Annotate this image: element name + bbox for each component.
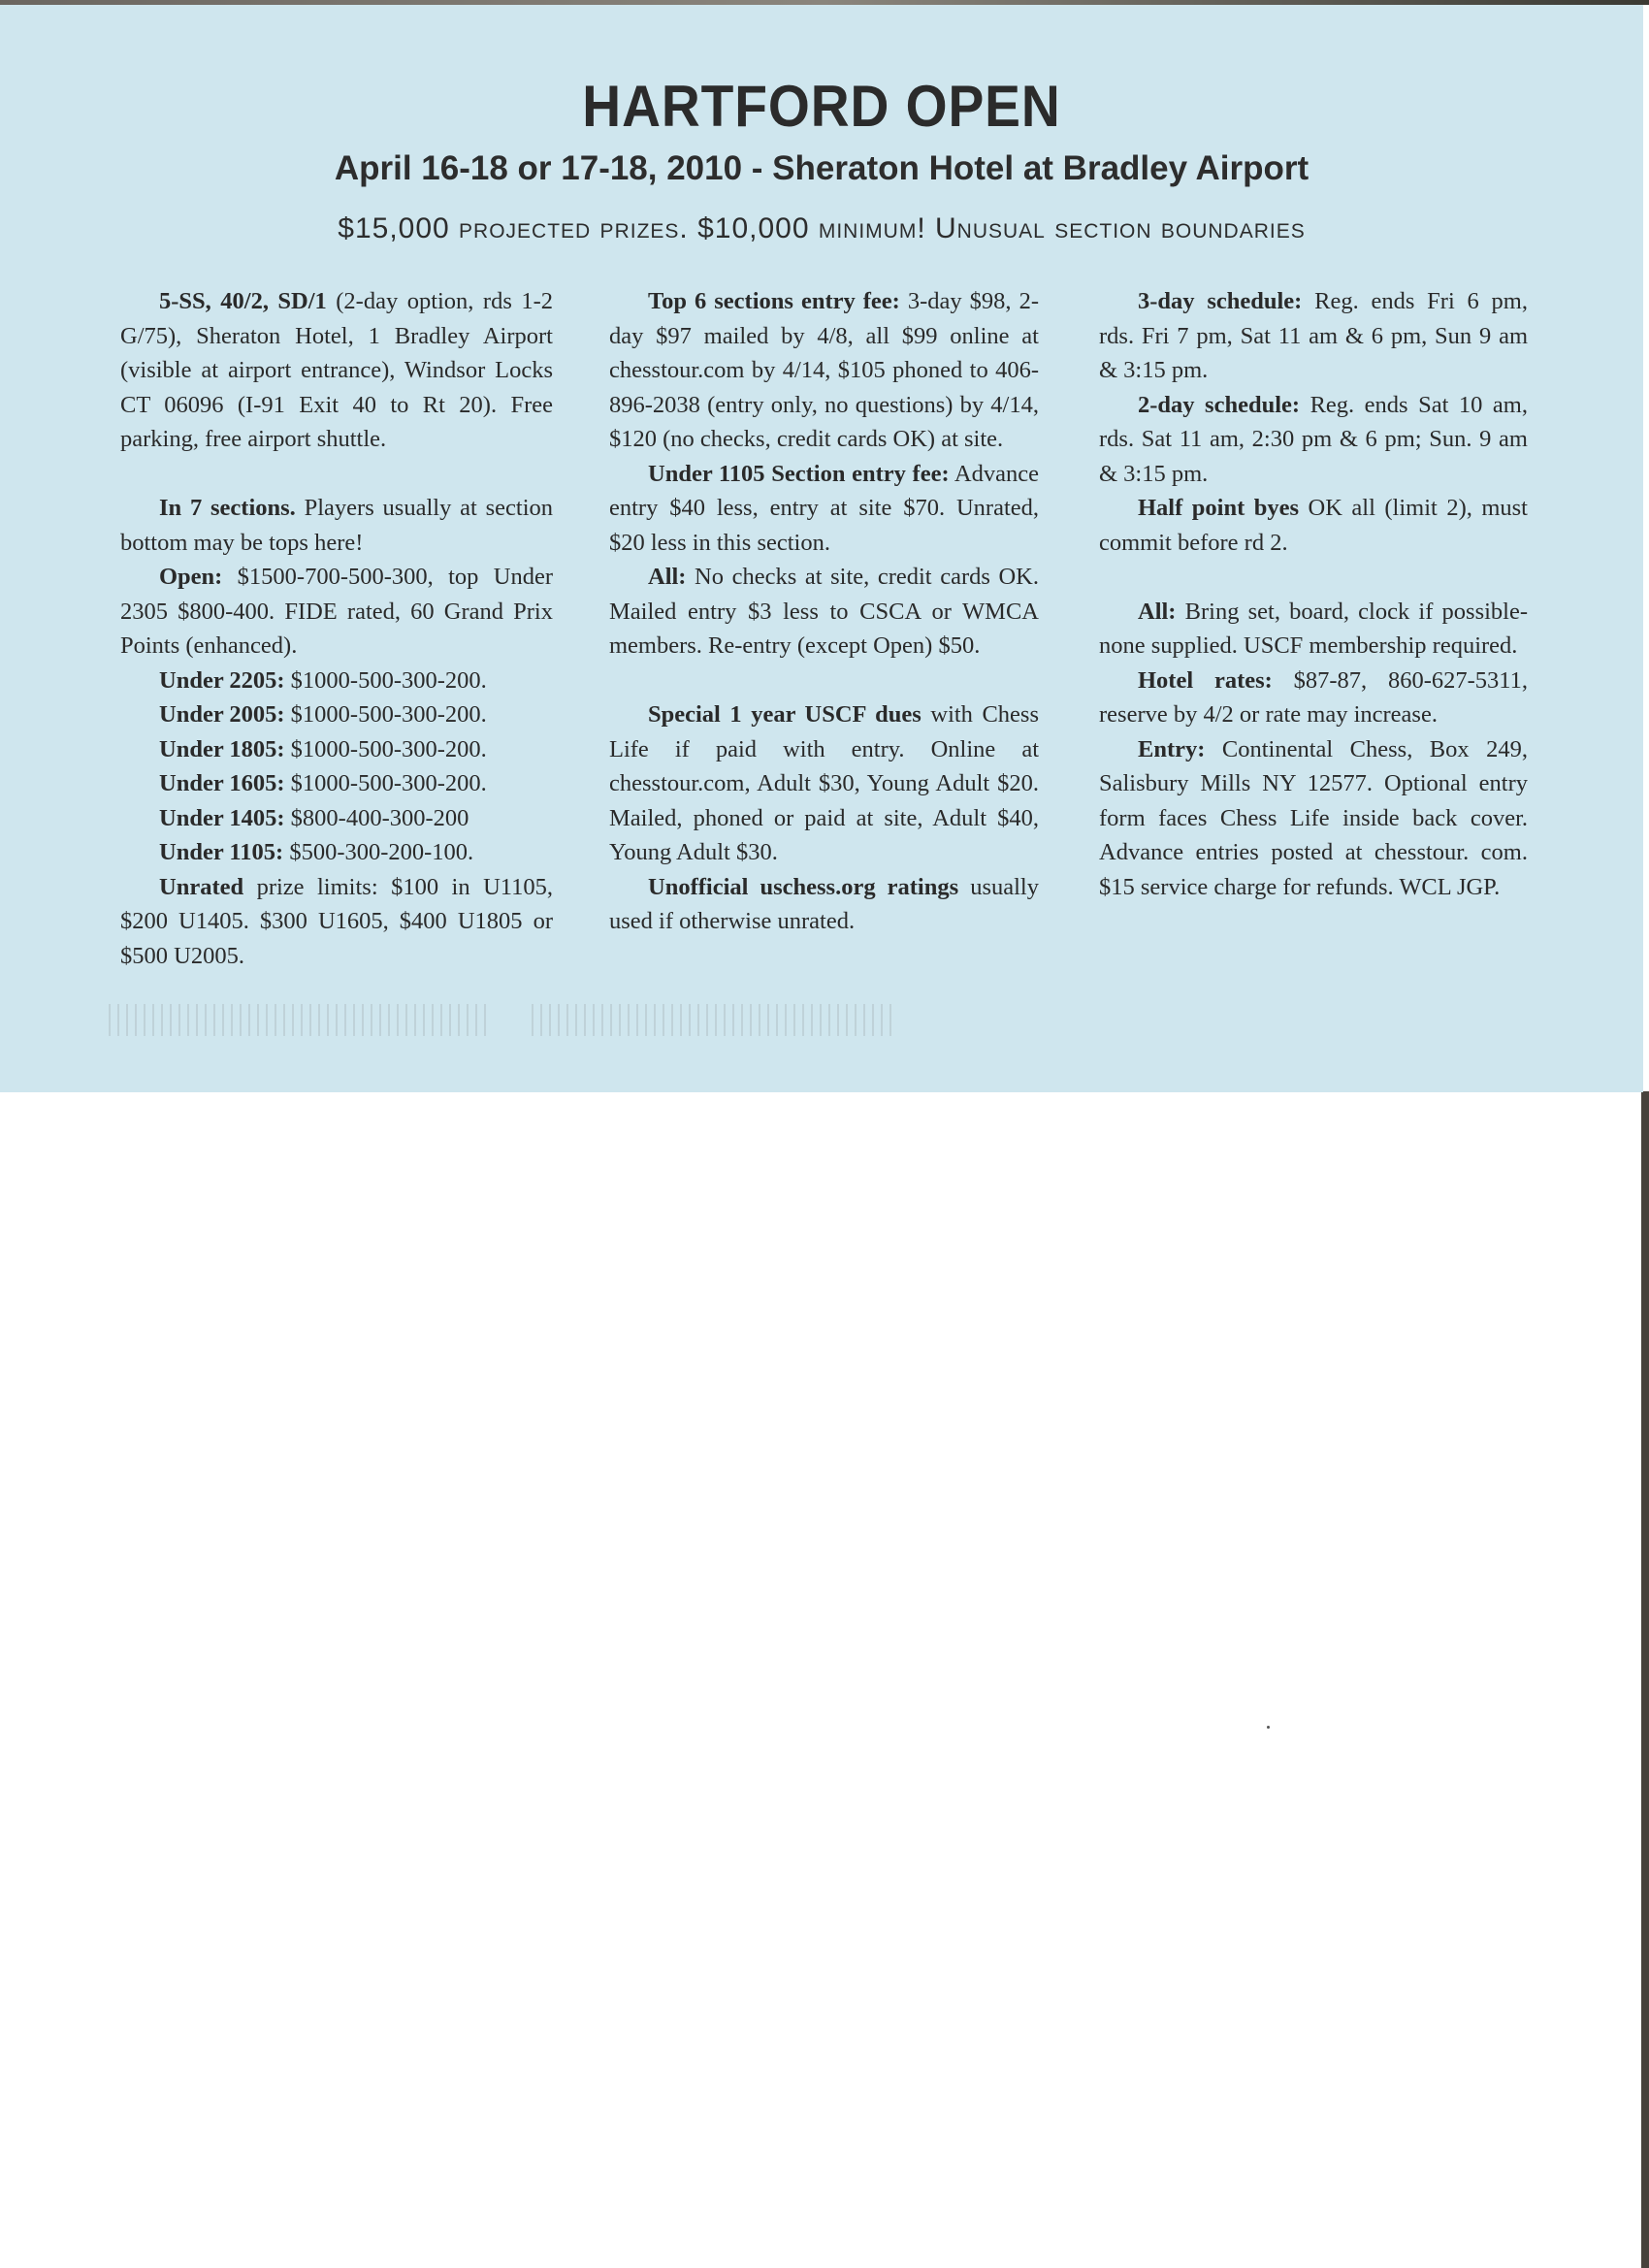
prize-amounts: $500-300-200-100. [283, 839, 473, 865]
entry-address-label: Entry: [1138, 736, 1205, 762]
ratings-label: Unofficial uschess.org ratings [648, 874, 958, 900]
two-day-schedule-paragraph: 2-day schedule: Reg. ends Sat 10 am, rds… [1099, 388, 1528, 492]
prize-section-label: Under 1805: [159, 736, 285, 762]
hotel-rates-paragraph: Hotel rates: $87-87, 860-627-5311, reser… [1099, 664, 1528, 732]
open-label: Open: [159, 564, 222, 590]
flyer-dates-venue: April 16-18 or 17-18, 2010 - Sheraton Ho… [0, 149, 1643, 188]
scan-right-edge [1641, 1091, 1649, 2268]
column-schedule-info: 3-day schedule: Reg. ends Fri 6 pm, rds.… [1099, 284, 1528, 904]
column-entry-fees: Top 6 sections entry fee: 3-day $98, 2-d… [609, 284, 1039, 939]
prize-row: Under 1405: $800-400-300-200 [120, 801, 553, 836]
hotel-rates-label: Hotel rates: [1138, 667, 1273, 694]
scan-show-through-marks [109, 1004, 487, 1036]
two-day-schedule-label: 2-day schedule: [1138, 392, 1300, 418]
prize-row: Under 2005: $1000-500-300-200. [120, 697, 553, 732]
equipment-label: All: [1138, 599, 1176, 625]
uscf-dues-paragraph: Special 1 year USCF dues with Chess Life… [609, 697, 1039, 870]
flyer-title: HARTFORD OPEN [66, 73, 1577, 140]
format-paragraph: 5-SS, 40/2, SD/1 (2-day option, rds 1-2 … [120, 284, 553, 457]
all-fees-label: All: [648, 564, 686, 590]
all-fees-paragraph: All: No checks at site, credit cards OK.… [609, 560, 1039, 664]
prize-amounts: $1000-500-300-200. [285, 667, 487, 694]
flyer-prize-tagline: $15,000 projected prizes. $10,000 minimu… [0, 212, 1643, 245]
prize-row: Under 1605: $1000-500-300-200. [120, 766, 553, 801]
prize-section-label: Under 1405: [159, 805, 285, 831]
prize-amounts: $800-400-300-200 [285, 805, 469, 831]
u1105-fee-label: Under 1105 Section entry fee: [648, 461, 950, 487]
byes-label: Half point byes [1138, 495, 1299, 521]
top-sections-fee-label: Top 6 sections entry fee: [648, 288, 900, 314]
unrated-limits-paragraph: Unrated prize limits: $100 in U1105, $20… [120, 870, 553, 974]
prize-amounts: $1000-500-300-200. [285, 701, 487, 728]
unrated-label: Unrated [159, 874, 243, 900]
top-sections-fee-paragraph: Top 6 sections entry fee: 3-day $98, 2-d… [609, 284, 1039, 457]
ratings-paragraph: Unofficial uschess.org ratings usually u… [609, 870, 1039, 939]
three-day-schedule-label: 3-day schedule: [1138, 288, 1302, 314]
prize-row: Under 1805: $1000-500-300-200. [120, 732, 553, 767]
three-day-schedule-paragraph: 3-day schedule: Reg. ends Fri 6 pm, rds.… [1099, 284, 1528, 388]
column-format-prizes: 5-SS, 40/2, SD/1 (2-day option, rds 1-2 … [120, 284, 553, 973]
open-prizes-paragraph: Open: $1500-700-500-300, top Under 2305 … [120, 560, 553, 664]
scan-show-through-marks [532, 1004, 895, 1036]
prize-section-label: Under 1605: [159, 770, 285, 796]
format-label: 5-SS, 40/2, SD/1 [159, 288, 327, 314]
prize-section-label: Under 2205: [159, 667, 285, 694]
tournament-flyer: HARTFORD OPEN April 16-18 or 17-18, 2010… [0, 5, 1643, 1092]
byes-paragraph: Half point byes OK all (limit 2), must c… [1099, 491, 1528, 560]
entry-address-paragraph: Entry: Continental Chess, Box 249, Salis… [1099, 732, 1528, 905]
scan-speck [1267, 1726, 1270, 1729]
prize-section-label: Under 2005: [159, 701, 285, 728]
prize-amounts: $1000-500-300-200. [285, 770, 487, 796]
uscf-dues-label: Special 1 year USCF dues [648, 701, 921, 728]
sections-paragraph: In 7 sections. Players usually at sectio… [120, 491, 553, 560]
u1105-fee-paragraph: Under 1105 Section entry fee: Advance en… [609, 457, 1039, 561]
prize-row: Under 2205: $1000-500-300-200. [120, 664, 553, 698]
sections-label: In 7 sections. [159, 495, 296, 521]
prize-section-label: Under 1105: [159, 839, 283, 865]
prize-amounts: $1000-500-300-200. [285, 736, 487, 762]
equipment-paragraph: All: Bring set, board, clock if possible… [1099, 595, 1528, 664]
prize-row: Under 1105: $500-300-200-100. [120, 835, 553, 870]
